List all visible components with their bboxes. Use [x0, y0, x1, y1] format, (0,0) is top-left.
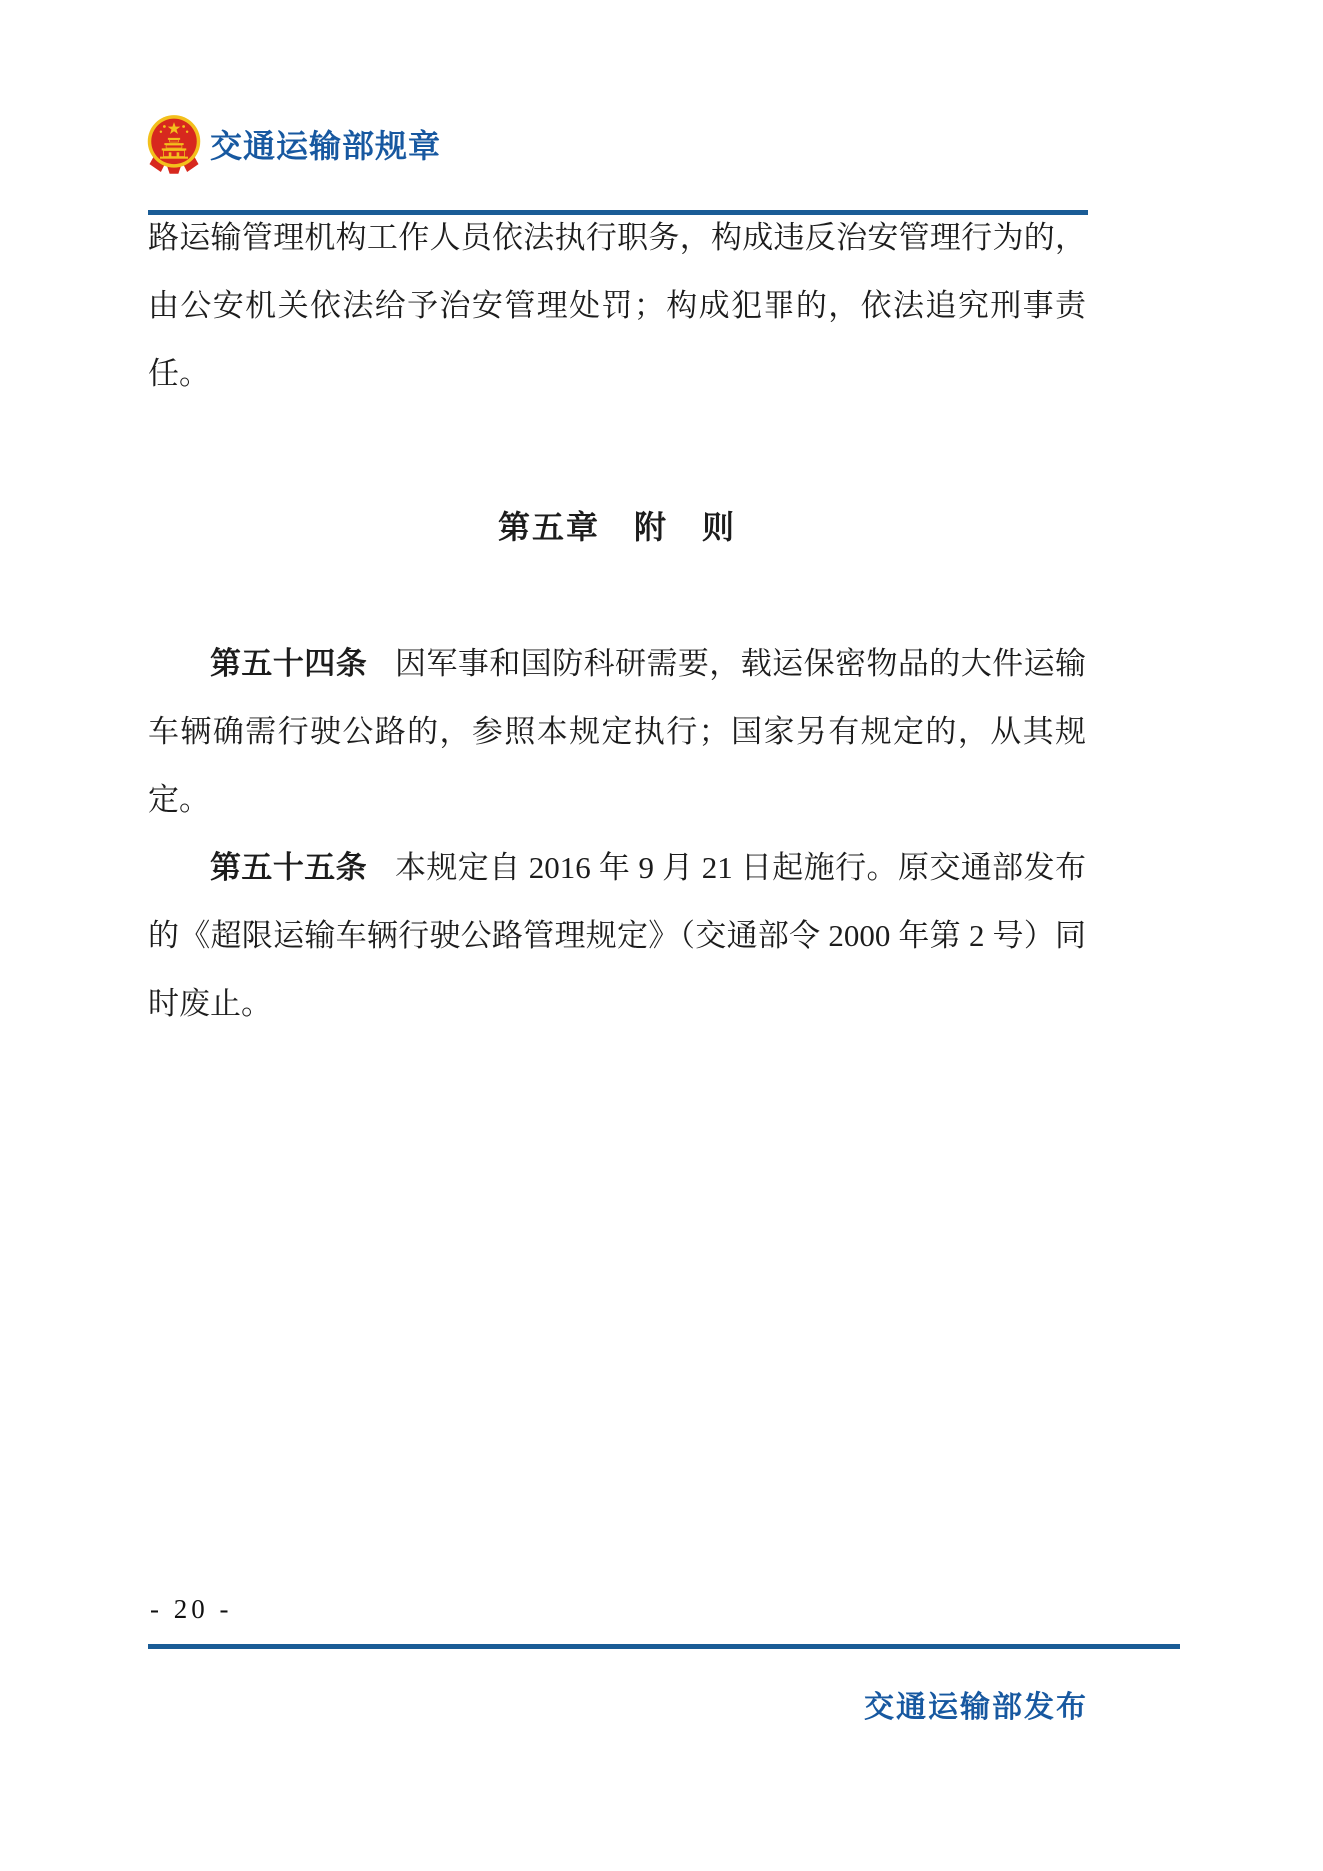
- document-page: 交通运输部规章 路运输管理机构工作人员依法执行职务，构成违反治安管理行为的，由公…: [0, 0, 1323, 1871]
- header-title: 交通运输部规章: [210, 121, 441, 167]
- article-55: 第五十五条本规定自 2016 年 9 月 21 日起施行。原交通部发布的《超限运…: [148, 834, 1086, 1038]
- publisher-label: 交通运输部发布: [148, 1682, 1088, 1726]
- national-emblem-icon: [146, 112, 202, 176]
- article-54-label: 第五十四条: [210, 646, 367, 681]
- page-number: - 20 -: [150, 1594, 232, 1625]
- document-body: 路运输管理机构工作人员依法执行职务，构成违反治安管理行为的，由公安机关依法给予治…: [148, 204, 1086, 1038]
- article-55-label: 第五十五条: [210, 850, 367, 885]
- chapter-heading: 第五章 附 则: [148, 493, 1086, 561]
- continuation-paragraph: 路运输管理机构工作人员依法执行职务，构成违反治安管理行为的，由公安机关依法给予治…: [148, 204, 1086, 408]
- footer-rule: [148, 1644, 1180, 1649]
- article-54: 第五十四条因军事和国防科研需要，载运保密物品的大件运输车辆确需行驶公路的，参照本…: [148, 630, 1086, 834]
- page-header: 交通运输部规章: [146, 112, 441, 176]
